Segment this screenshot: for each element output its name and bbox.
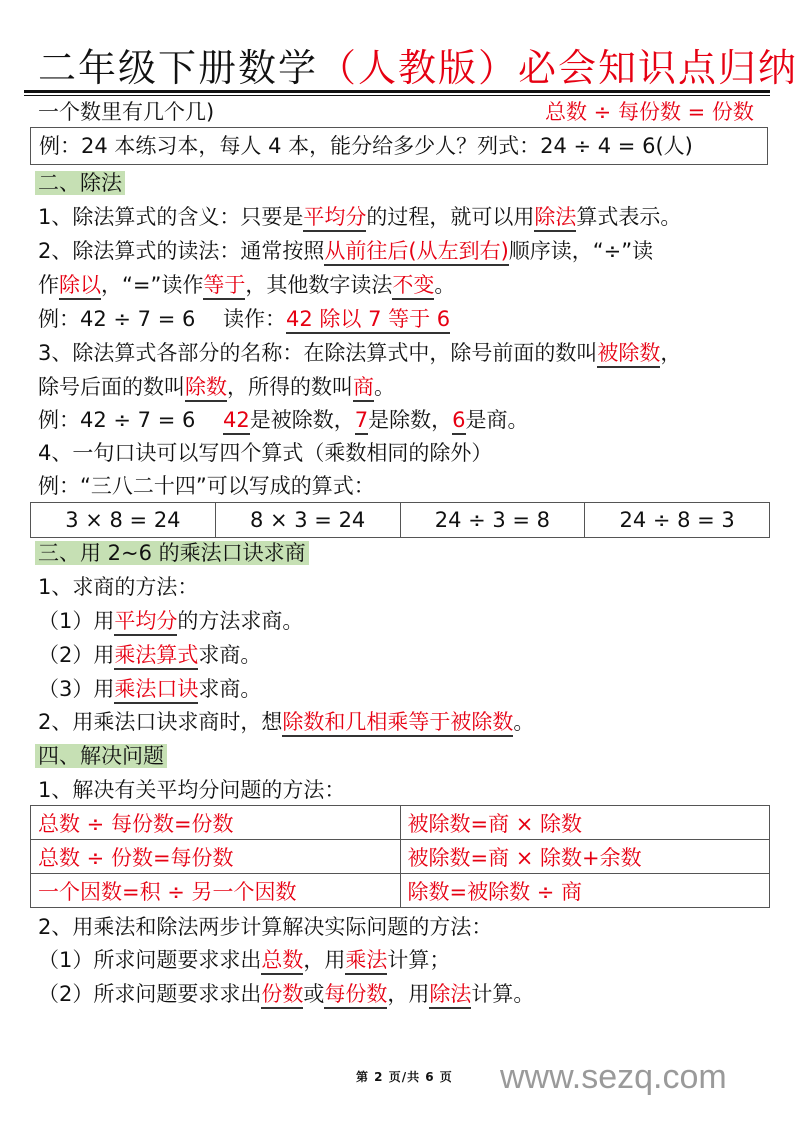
method-3: （3）用乘法口诀求商。	[38, 674, 261, 704]
two-step-1: （1）所求问题要求求出总数，用乘法计算；	[38, 945, 450, 975]
parts-example: 例：42 ÷ 7 = 6 42是被除数，7是除数，6是商。	[38, 405, 529, 435]
method-2: （2）用乘法算式求商。	[38, 640, 261, 670]
table-row: 一个因数=积 ÷ 另一个因数 除数=被除数 ÷ 商	[31, 874, 770, 908]
document-page: 二年级下册数学（人教版）必会知识点归纳 一个数里有几个几) 总数 ÷ 每份数 =…	[0, 0, 800, 1131]
division-meaning: 1、除法算式的含义：只要是平均分的过程，就可以用除法算式表示。	[38, 202, 681, 232]
formula-cell: 24 ÷ 3 = 8	[400, 503, 585, 538]
division-parts-cont: 除号后面的数叫除数，所得的数叫商。	[38, 372, 395, 402]
division-reading: 2、除法算式的读法：通常按照从前往后(从左到右)顺序读，“÷”读	[38, 236, 653, 266]
four-formulas-rule: 4、一句口诀可以写四个算式（乘数相同的除外）	[38, 438, 492, 468]
formulas-table: 3 × 8 = 24 8 × 3 = 24 24 ÷ 3 = 8 24 ÷ 8 …	[30, 502, 770, 538]
page-title: 二年级下册数学（人教版）必会知识点归纳	[38, 44, 798, 92]
quotient-methods: 1、求商的方法：	[38, 572, 198, 602]
intro-line: 一个数里有几个几)	[38, 97, 214, 127]
four-formulas-example: 例：“三八二十四”可以写成的算式：	[38, 471, 375, 501]
table-row: 总数 ÷ 每份数=份数 被除数=商 × 除数	[31, 806, 770, 840]
relations-table: 总数 ÷ 每份数=份数 被除数=商 × 除数 总数 ÷ 份数=每份数 被除数=商…	[30, 805, 770, 908]
section-heading-division: 二、除法	[38, 168, 125, 198]
example-text: 例：24 本练习本，每人 4 本，能分给多少人？列式：24 ÷ 4 = 6(人)	[39, 131, 693, 161]
quotient-tip: 2、用乘法口诀求商时，想除数和几相乘等于被除数。	[38, 707, 534, 737]
two-step-method: 2、用乘法和除法两步计算解决实际问题的方法：	[38, 912, 492, 942]
page-indicator: 第 2 页/共 6 页	[356, 1068, 453, 1085]
relation-cell: 总数 ÷ 每份数=份数	[31, 806, 401, 840]
reading-example: 例：42 ÷ 7 = 6 读作：42 除以 7 等于 6	[38, 304, 450, 334]
watermark: www.sezq.com	[500, 1058, 727, 1097]
relation-cell: 被除数=商 × 除数	[400, 806, 770, 840]
formula-cell: 8 × 3 = 24	[215, 503, 400, 538]
title-rule-thin	[24, 95, 770, 96]
method-1: （1）用平均分的方法求商。	[38, 606, 303, 636]
division-reading-cont: 作除以，“=”读作等于，其他数字读法不变。	[38, 270, 455, 300]
division-parts: 3、除法算式各部分的名称：在除法算式中，除号前面的数叫被除数，	[38, 338, 681, 368]
section-heading-problems: 四、解决问题	[38, 741, 167, 771]
relation-cell: 一个因数=积 ÷ 另一个因数	[31, 874, 401, 908]
title-main: 二年级下册数学	[38, 46, 318, 90]
table-row: 总数 ÷ 份数=每份数 被除数=商 × 除数+余数	[31, 840, 770, 874]
section-heading-quotient: 三、用 2~6 的乘法口诀求商	[38, 538, 309, 568]
relation-cell: 总数 ÷ 份数=每份数	[31, 840, 401, 874]
example-box: 例：24 本练习本，每人 4 本，能分给多少人？列式：24 ÷ 4 = 6(人)	[30, 127, 768, 165]
relation-cell: 除数=被除数 ÷ 商	[400, 874, 770, 908]
formula-cell: 3 × 8 = 24	[31, 503, 216, 538]
two-step-2: （2）所求问题要求求出份数或每份数，用除法计算。	[38, 979, 534, 1009]
formula-cell: 24 ÷ 8 = 3	[585, 503, 770, 538]
intro-formula: 总数 ÷ 每份数 = 份数	[545, 97, 754, 127]
title-rule-thick	[24, 90, 770, 93]
relation-cell: 被除数=商 × 除数+余数	[400, 840, 770, 874]
title-edition: （人教版）必会知识点归纳	[318, 46, 798, 90]
problems-method: 1、解决有关平均分问题的方法：	[38, 775, 345, 805]
